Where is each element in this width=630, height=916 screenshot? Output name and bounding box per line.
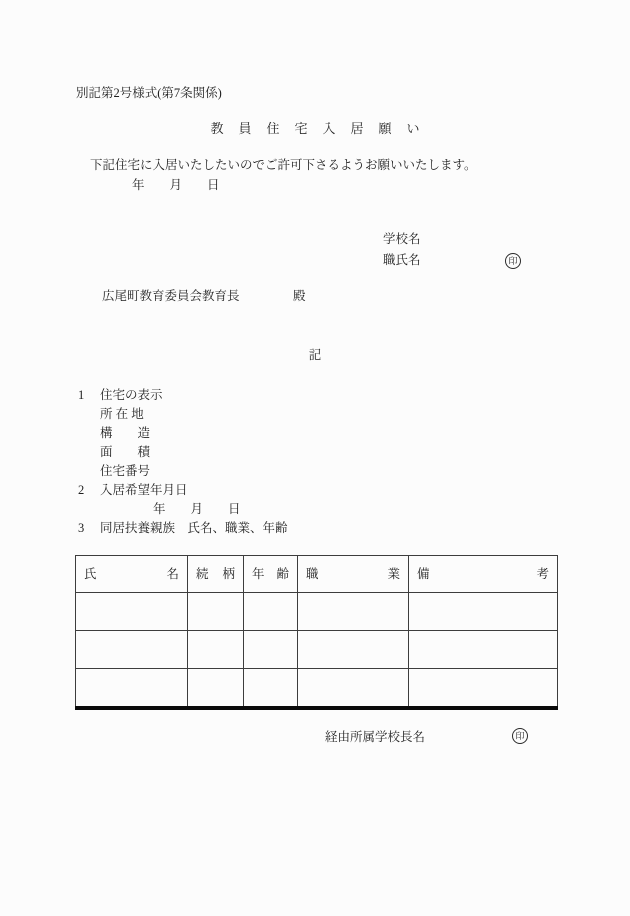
item2-number: 2 <box>78 484 84 497</box>
table-cell <box>298 593 409 631</box>
table-cell <box>244 669 298 709</box>
table-header-row: 氏名 続柄 年齢 職業 備考 <box>76 556 558 593</box>
school-name-label: 学校名 <box>383 233 421 246</box>
item1-house-number-label: 住宅番号 <box>100 465 150 478</box>
item3-number: 3 <box>78 522 84 535</box>
header-cell-occupation: 職業 <box>298 556 409 593</box>
table-cell <box>244 593 298 631</box>
item1-number: 1 <box>78 389 84 402</box>
table-cell <box>298 631 409 669</box>
header-cell-relationship: 続柄 <box>188 556 244 593</box>
table-row <box>76 631 558 669</box>
table-cell <box>409 669 558 709</box>
item1-location-label: 所 在 地 <box>100 408 144 421</box>
applicant-seal-icon: 印 <box>505 253 521 269</box>
item1-area-label: 面 積 <box>100 446 150 459</box>
table-cell <box>188 631 244 669</box>
table-cell <box>76 593 188 631</box>
table-row <box>76 669 558 709</box>
via-school-principal-label: 経由所属学校長名 <box>325 731 425 744</box>
table-row <box>76 593 558 631</box>
desired-date-line: 年 月 日 <box>153 503 241 516</box>
application-date-line: 年 月 日 <box>132 179 220 192</box>
table-cell <box>244 631 298 669</box>
table-cell <box>76 631 188 669</box>
form-number-label: 別記第2号様式(第7条関係) <box>76 87 222 100</box>
position-name-label: 職氏名 <box>383 254 421 267</box>
addressee-honorific: 殿 <box>293 290 306 303</box>
table-cell <box>76 669 188 709</box>
addressee-label: 広尾町教育委員会教育長 <box>102 290 240 303</box>
item1-label: 住宅の表示 <box>100 389 163 402</box>
table-cell <box>188 669 244 709</box>
dependents-table: 氏名 続柄 年齢 職業 備考 <box>75 555 558 710</box>
header-cell-name: 氏名 <box>76 556 188 593</box>
principal-seal-icon: 印 <box>512 728 528 744</box>
notes-heading: 記 <box>0 349 630 362</box>
document-title: 教員住宅入居願い <box>0 122 630 135</box>
item3-label: 同居扶養親族 氏名、職業、年齢 <box>100 522 288 535</box>
item2-label: 入居希望年月日 <box>100 484 188 497</box>
request-sentence: 下記住宅に入居いたしたいのでご許可下さるようお願いいたします。 <box>90 159 477 172</box>
table-cell <box>409 631 558 669</box>
table-cell <box>298 669 409 709</box>
table-cell <box>409 593 558 631</box>
application-form-page: 別記第2号様式(第7条関係) 教員住宅入居願い 下記住宅に入居いたしたいのでご許… <box>0 0 630 916</box>
header-cell-age: 年齢 <box>244 556 298 593</box>
table-cell <box>188 593 244 631</box>
header-cell-remarks: 備考 <box>409 556 558 593</box>
item1-structure-label: 構 造 <box>100 427 150 440</box>
